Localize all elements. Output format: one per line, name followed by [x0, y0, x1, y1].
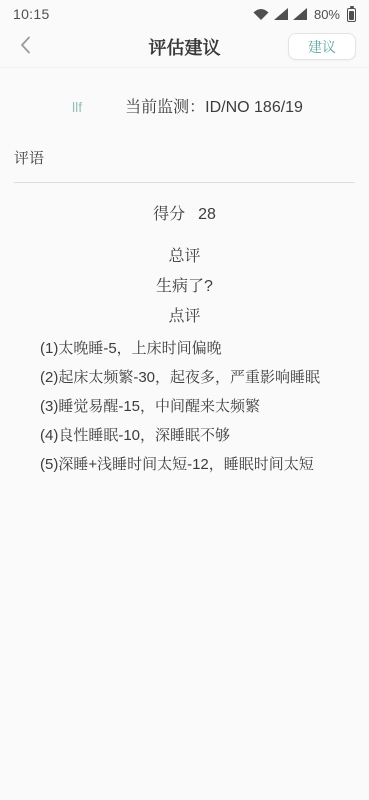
- overall-text: 生病了?: [0, 279, 369, 295]
- review-list: (1)太晚睡-5，上床时间偏晚 (2)起床太频繁-30，起夜多，严重影响睡眠 (…: [0, 334, 369, 479]
- suggestion-button[interactable]: 建议: [288, 33, 356, 60]
- review-label: 点评: [0, 309, 369, 325]
- comment-section-label: 评语: [14, 147, 369, 168]
- cellular-signal-icon: [274, 8, 288, 20]
- status-time: 10:15: [13, 6, 50, 22]
- score-label: 得分: [153, 206, 185, 223]
- review-item: (3)睡觉易醒-15，中间醒来太频繁: [40, 392, 355, 421]
- score-value: 28: [198, 206, 216, 223]
- monitor-row: llf 当前监测：ID/NO 186/19: [0, 94, 369, 117]
- device-name: llf: [72, 99, 82, 115]
- review-item: (5)深睡+浅睡时间太短-12，睡眠时间太短: [40, 450, 355, 479]
- current-monitor-label: 当前监测：ID/NO 186/19: [125, 94, 303, 117]
- review-item: (4)良性睡眠-10，深睡眠不够: [40, 421, 355, 450]
- status-bar: 10:15 80%: [0, 0, 369, 26]
- overall-label: 总评: [0, 249, 369, 265]
- wifi-icon: [253, 8, 269, 21]
- review-item: (2)起床太频繁-30，起夜多，严重影响睡眠: [40, 363, 355, 392]
- battery-percent-label: 80%: [314, 7, 340, 22]
- battery-icon: [347, 8, 356, 22]
- score-row: 得分28: [0, 207, 369, 223]
- cellular-signal-icon: [293, 8, 307, 20]
- status-icons: 80%: [253, 6, 356, 22]
- divider: [14, 182, 355, 183]
- review-item: (1)太晚睡-5，上床时间偏晚: [40, 334, 355, 363]
- screen: 10:15 80%: [0, 0, 369, 800]
- header: 评估建议 建议: [0, 26, 369, 68]
